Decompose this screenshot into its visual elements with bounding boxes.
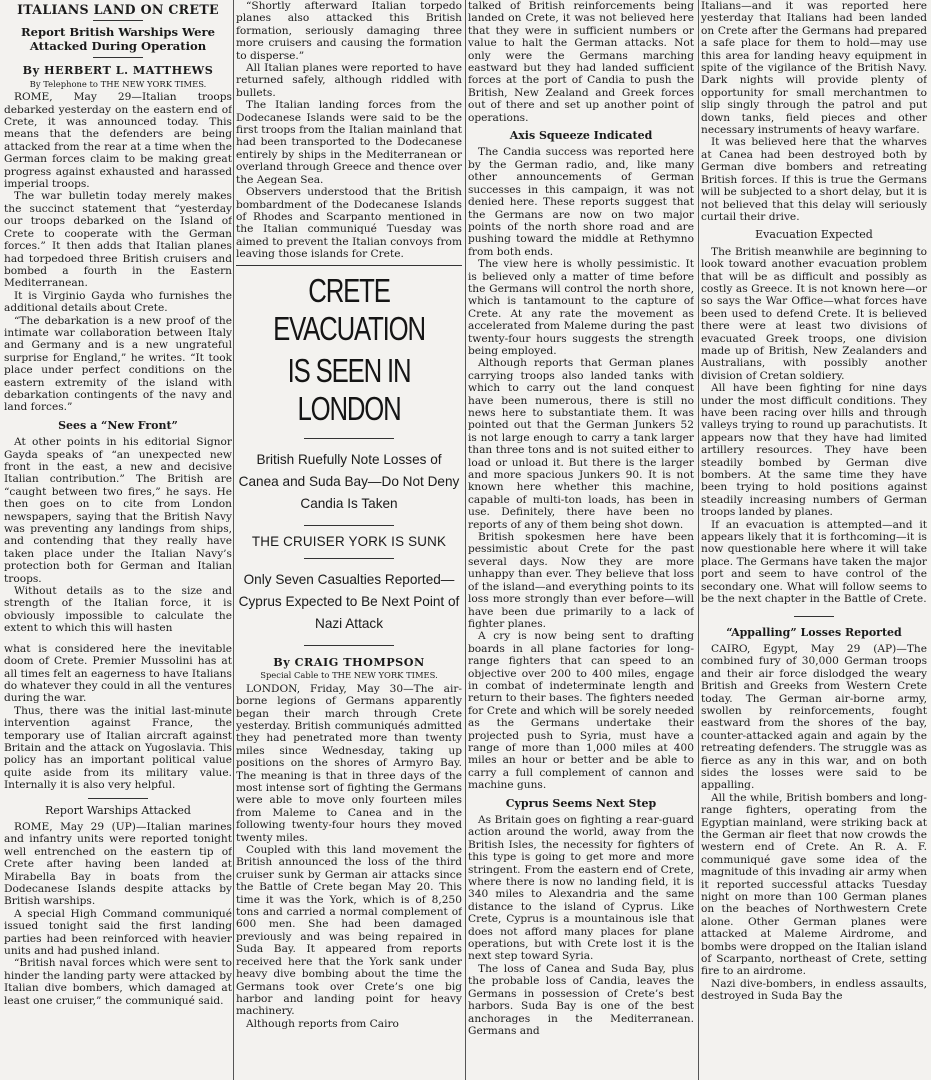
headline-italians-land: ITALIANS LAND ON CRETE [4,4,232,18]
column-4: Italians—and it was reported here yester… [701,0,927,1080]
paragraph: Although reports from Cairo [236,1018,462,1030]
paragraph: talked of British reinforcements being l… [468,0,694,124]
paragraph: Nazi dive-bombers, in endless assaults, … [701,978,927,1003]
paragraph: The view here is wholly pessimistic. It … [468,258,694,357]
paragraph: If an evacuation is attempted—and it app… [701,519,927,606]
deck-report-warships: Report British Warships Were Attacked Du… [6,25,230,53]
byline-thompson: By CRAIG THOMPSON [236,656,462,668]
paragraph: The war bulletin today merely makes the … [4,190,232,289]
subhead-cyprus-next-step: Cyprus Seems Next Step [468,798,694,810]
paragraph: The Italian landing forces from the Dode… [236,99,462,186]
paragraph: At other points in his editorial Signor … [4,436,232,585]
paragraph: The British meanwhile are beginning to l… [701,246,927,382]
headline-crete-evacuation-line1: CRETE EVACUATION [237,272,460,348]
column-rule [698,0,699,1080]
subhead-report-warships: Report Warships Attacked [4,805,232,817]
newspaper-page: ITALIANS LAND ON CRETE Report British Wa… [0,0,931,1080]
headline-box: CRETE EVACUATION IS SEEN IN LONDON Briti… [236,265,462,682]
subhead-new-front: Sees a “New Front” [4,420,232,432]
paragraph: Observers understood that the British bo… [236,186,462,260]
paragraph: LONDON, Friday, May 30—The air-borne leg… [236,683,462,844]
paragraph: Coupled with this land movement the Brit… [236,844,462,1018]
paragraph: A cry is now being sent to drafting boar… [468,630,694,791]
credit-line: By Telephone to THE NEW YORK TIMES. [4,78,232,90]
column-rule [233,0,234,1080]
paragraph: ROME, May 29—Italian troops debarked yes… [4,91,232,190]
byline-matthews: By HERBERT L. MATTHEWS [4,64,232,76]
paragraph: “The debarkation is a new proof of the i… [4,315,232,414]
paragraph: Italians—and it was reported here yester… [701,0,927,136]
paragraph: The loss of Canea and Suda Bay, plus the… [468,963,694,1037]
paragraph: CAIRO, Egypt, May 29 (AP)—The combined f… [701,643,927,792]
column-3: talked of British reinforcements being l… [468,0,694,1080]
paragraph: It was believed here that the wharves at… [701,136,927,223]
paragraph: “Shortly afterward Italian torpedo plane… [236,0,462,62]
divider [304,438,394,439]
paragraph: British spokesmen here have been pessimi… [468,531,694,630]
column-rule [465,0,466,1080]
divider [304,525,394,526]
column-2: “Shortly afterward Italian torpedo plane… [236,0,462,1080]
paragraph: Without details as to the size and stren… [4,585,232,635]
deck-british-ruefully: British Ruefully Note Losses of Canea an… [236,449,462,515]
paragraph: As Britain goes on fighting a rear-guard… [468,814,694,963]
paragraph: All Italian planes were reported to have… [236,62,462,99]
headline-appalling-losses: “Appalling” Losses Reported [701,627,927,639]
paragraph: The Candia success was reported here by … [468,146,694,258]
column-1: ITALIANS LAND ON CRETE Report British Wa… [4,0,232,1080]
divider [304,558,394,559]
paragraph: what is considered here the inevitable d… [4,643,232,705]
divider [304,645,394,646]
paragraph: All have been fighting for nine days und… [701,382,927,518]
divider [88,798,148,799]
paragraph: It is Virginio Gayda who furnishes the a… [4,290,232,315]
deck-cruiser-york-sunk: THE CRUISER YORK IS SUNK [236,536,462,548]
paragraph: Thus, there was the initial last-minute … [4,705,232,792]
divider [93,20,143,21]
paragraph: A special High Command communiqué issued… [4,908,232,958]
deck-only-seven-casualties: Only Seven Casualties Reported—Cyprus Ex… [236,569,462,635]
paragraph: Although reports that German planes carr… [468,357,694,531]
paragraph: “British naval forces which were sent to… [4,957,232,1007]
subhead-axis-squeeze: Axis Squeeze Indicated [468,130,694,142]
divider [794,616,834,617]
credit-line: Special Cable to THE NEW YORK TIMES. [236,669,462,681]
paragraph: All the while, British bombers and long-… [701,792,927,978]
headline-crete-evacuation-line2: IS SEEN IN LONDON [237,352,460,428]
subhead-evacuation-expected: Evacuation Expected [701,229,927,241]
paragraph: ROME, May 29 (UP)—Italian marines and in… [4,821,232,908]
divider [93,57,143,58]
